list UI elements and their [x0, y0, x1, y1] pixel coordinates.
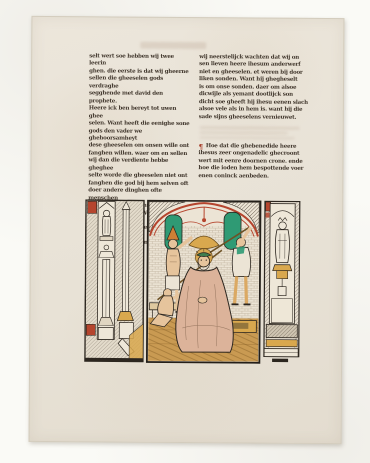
left-border-column	[85, 200, 144, 361]
hands	[198, 297, 207, 303]
rubric-text: Hoe dat die ghebenedide heere ihesus zee…	[198, 143, 314, 181]
chapter-rubric: ¶ Hoe dat die ghebenedide heere ihesus z…	[198, 143, 314, 181]
show-through-line	[200, 136, 295, 139]
woodcut-svg	[84, 199, 301, 365]
red-accent-block	[86, 324, 95, 335]
niche-saint	[269, 204, 295, 324]
show-through-heading	[140, 42, 206, 49]
hanging-lamp	[278, 287, 286, 296]
statue-column	[97, 201, 115, 339]
red-accent-block	[266, 213, 270, 218]
right-border-column	[264, 201, 300, 362]
center-panel	[147, 201, 261, 363]
rubric-pilcrow-icon: ¶	[199, 143, 203, 150]
photo-backdrop: selt wert soe hebben wij twee leerin ghe…	[0, 0, 370, 463]
green-sleeve	[237, 246, 245, 254]
gold-pedestal	[273, 265, 292, 271]
show-through-line	[200, 126, 300, 129]
right-column-text: wij neerstelijck wachten dat wij on sen …	[199, 54, 315, 122]
woodcut-illustration	[84, 199, 301, 365]
manuscript-page: selt wert soe hebben wij twee leerin ghe…	[29, 16, 345, 444]
show-through-line	[200, 131, 288, 134]
red-accent-block	[88, 201, 97, 213]
